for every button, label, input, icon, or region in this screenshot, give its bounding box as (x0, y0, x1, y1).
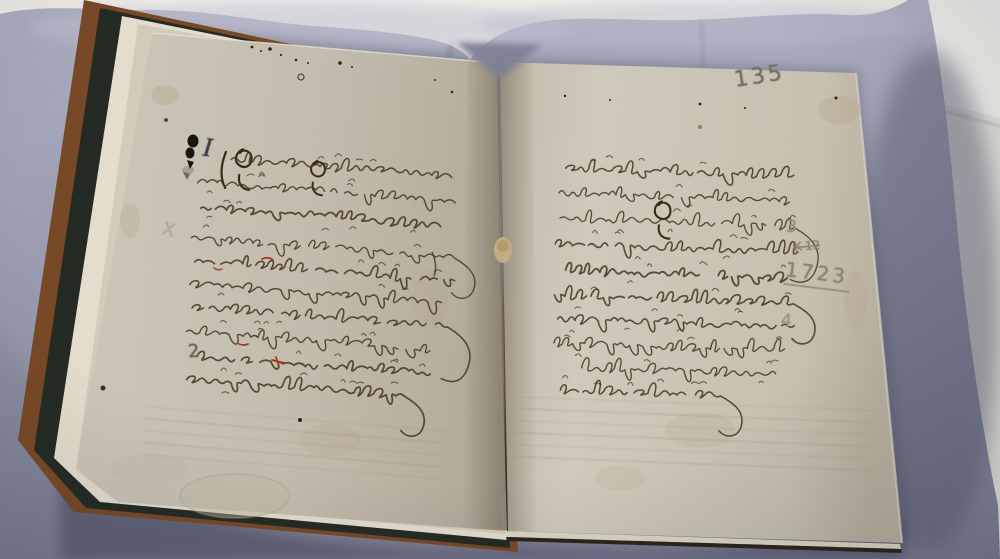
photo-grain (0, 0, 1000, 559)
photograph-manuscript-on-cushion: I X 2 135 3 K-12 1723 4 (0, 0, 1000, 559)
scene-illustration (0, 0, 1000, 559)
